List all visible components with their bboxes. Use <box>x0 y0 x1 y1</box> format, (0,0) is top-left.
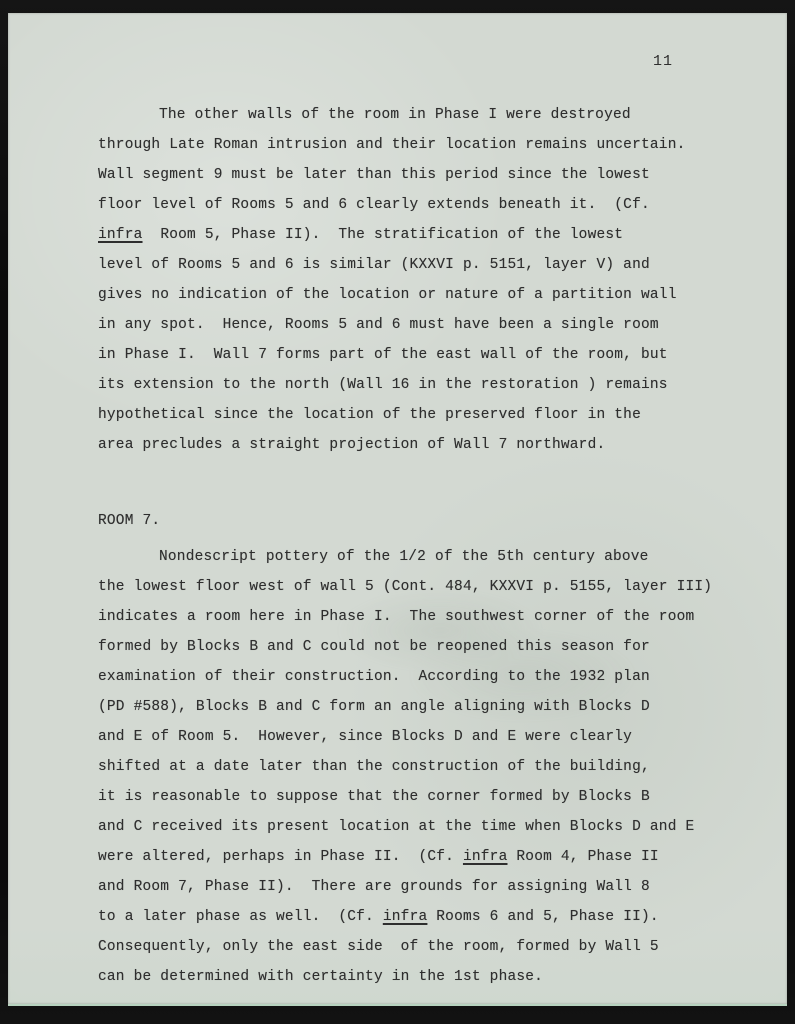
text-line: floor level of Rooms 5 and 6 clearly ext… <box>98 190 758 220</box>
text-line: shifted at a date later than the constru… <box>98 752 758 782</box>
text-segment: gives no indication of the location or n… <box>98 287 677 303</box>
text-segment: level of Rooms 5 and 6 is similar (KXXVI… <box>98 257 650 273</box>
text-line: level of Rooms 5 and 6 is similar (KXXVI… <box>98 250 758 280</box>
text-segment: examination of their construction. Accor… <box>98 669 650 685</box>
paragraph: The other walls of the room in Phase I w… <box>98 100 758 460</box>
text-segment: Consequently, only the east side of the … <box>98 939 659 955</box>
text-line: to a later phase as well. (Cf. infra Roo… <box>98 902 758 932</box>
text-line: hypothetical since the location of the p… <box>98 400 758 430</box>
text-segment: through Late Roman intrusion and their l… <box>98 137 686 153</box>
text-line: Nondescript pottery of the 1/2 of the 5t… <box>98 542 758 572</box>
text-segment: floor level of Rooms 5 and 6 clearly ext… <box>98 197 650 213</box>
text-line: and Room 7, Phase II). There are grounds… <box>98 872 758 902</box>
text-segment: shifted at a date later than the constru… <box>98 759 650 775</box>
text-line: The other walls of the room in Phase I w… <box>98 100 758 130</box>
text-line: Wall segment 9 must be later than this p… <box>98 160 758 190</box>
text-line: and E of Room 5. However, since Blocks D… <box>98 722 758 752</box>
document-page: 11 The other walls of the room in Phase … <box>8 13 787 1006</box>
text-line: can be determined with certainty in the … <box>98 962 758 992</box>
text-line: gives no indication of the location or n… <box>98 280 758 310</box>
text-segment: its extension to the north (Wall 16 in t… <box>98 377 668 393</box>
text-segment: (PD #588), Blocks B and C form an angle … <box>98 699 650 715</box>
text-segment: indicates a room here in Phase I. The so… <box>98 609 694 625</box>
text-segment: hypothetical since the location of the p… <box>98 407 641 423</box>
underlined-word: infra <box>383 909 428 925</box>
text-line: the lowest floor west of wall 5 (Cont. 4… <box>98 572 758 602</box>
text-line: ROOM 7. <box>98 506 758 536</box>
paragraph: Nondescript pottery of the 1/2 of the 5t… <box>98 542 758 992</box>
scan-background: 11 The other walls of the room in Phase … <box>0 0 795 1024</box>
text-line: area precludes a straight projection of … <box>98 430 758 460</box>
text-line: its extension to the north (Wall 16 in t… <box>98 370 758 400</box>
text-line: in Phase I. Wall 7 forms part of the eas… <box>98 340 758 370</box>
text-segment: Room 4, Phase II <box>507 849 658 865</box>
text-segment: and C received its present location at t… <box>98 819 694 835</box>
text-segment: area precludes a straight projection of … <box>98 437 605 453</box>
section-heading: ROOM 7. <box>98 506 758 536</box>
text-line: it is reasonable to suppose that the cor… <box>98 782 758 812</box>
underlined-word: infra <box>98 227 143 243</box>
text-segment: and E of Room 5. However, since Blocks D… <box>98 729 632 745</box>
text-segment: formed by Blocks B and C could not be re… <box>98 639 650 655</box>
text-line: examination of their construction. Accor… <box>98 662 758 692</box>
page-number: 11 <box>653 53 673 70</box>
text-segment: ROOM 7. <box>98 513 160 529</box>
text-segment: Room 5, Phase II). The stratification of… <box>143 227 624 243</box>
text-segment: in Phase I. Wall 7 forms part of the eas… <box>98 347 668 363</box>
text-line: formed by Blocks B and C could not be re… <box>98 632 758 662</box>
text-line: (PD #588), Blocks B and C form an angle … <box>98 692 758 722</box>
text-segment: Wall segment 9 must be later than this p… <box>98 167 650 183</box>
text-segment: the lowest floor west of wall 5 (Cont. 4… <box>98 579 712 595</box>
document-body: The other walls of the room in Phase I w… <box>98 100 758 992</box>
text-segment: it is reasonable to suppose that the cor… <box>98 789 650 805</box>
text-line: were altered, perhaps in Phase II. (Cf. … <box>98 842 758 872</box>
text-line: indicates a room here in Phase I. The so… <box>98 602 758 632</box>
text-line: through Late Roman intrusion and their l… <box>98 130 758 160</box>
text-segment: to a later phase as well. (Cf. <box>98 909 383 925</box>
text-segment: were altered, perhaps in Phase II. (Cf. <box>98 849 463 865</box>
text-line: Consequently, only the east side of the … <box>98 932 758 962</box>
text-line: in any spot. Hence, Rooms 5 and 6 must h… <box>98 310 758 340</box>
text-segment: Nondescript pottery of the 1/2 of the 5t… <box>159 549 649 565</box>
text-line: infra Room 5, Phase II). The stratificat… <box>98 220 758 250</box>
text-line: and C received its present location at t… <box>98 812 758 842</box>
text-segment: The other walls of the room in Phase I w… <box>159 107 631 123</box>
underlined-word: infra <box>463 849 508 865</box>
text-segment: and Room 7, Phase II). There are grounds… <box>98 879 650 895</box>
text-segment: Rooms 6 and 5, Phase II). <box>427 909 658 925</box>
text-segment: in any spot. Hence, Rooms 5 and 6 must h… <box>98 317 659 333</box>
text-segment: can be determined with certainty in the … <box>98 969 543 985</box>
